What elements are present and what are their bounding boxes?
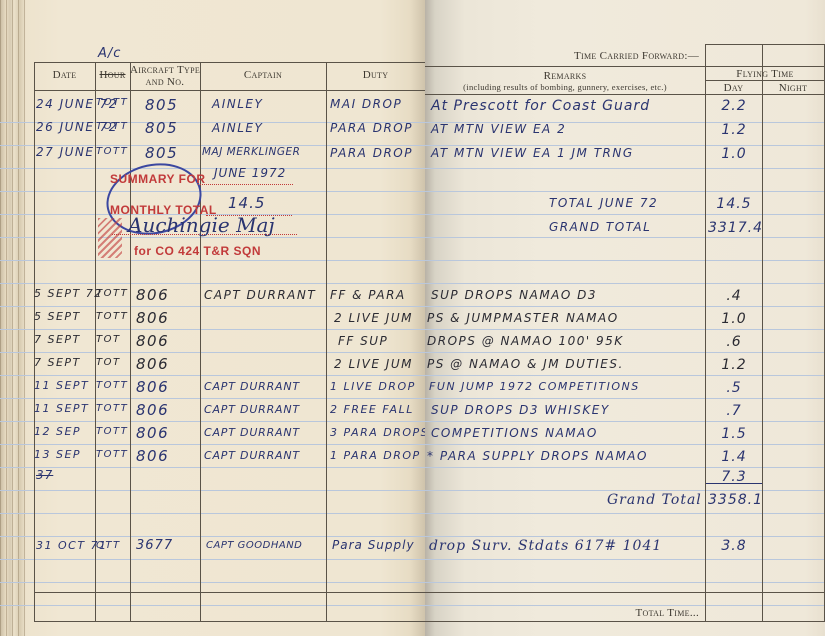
header-date: Date <box>34 69 95 81</box>
entry-duty: Para Supply <box>332 538 415 552</box>
footer-total-time: Total Time... <box>525 607 705 619</box>
entry-captain: AINLEY <box>212 121 263 135</box>
footer-rule-1 <box>34 592 425 593</box>
entry-remarks: At Prescott for Coast Guard <box>431 98 650 114</box>
entry-captain: CAPT DURRANT <box>204 380 300 393</box>
entry-date: 12 Sep <box>34 425 81 438</box>
col-line-3 <box>200 62 201 622</box>
entry-captain: CAPT DURRANT <box>204 403 300 416</box>
entry-day-time: .7 <box>706 403 762 419</box>
entry-captain: AINLEY <box>212 97 263 111</box>
stamp-monthly-value: 14.5 <box>228 194 265 212</box>
header-top-rule <box>425 66 825 67</box>
sept-subtotal: 7.3 <box>706 469 762 485</box>
footer-rule-2 <box>425 621 825 622</box>
entry-aircraft-no: 805 <box>145 119 178 137</box>
entry-date: 11 Sept <box>34 379 89 392</box>
stamp-unit: for CO 424 T&R SQN <box>134 244 261 258</box>
sept-marker: 37 <box>36 468 53 482</box>
entry-duty: 1 PARA DROP <box>330 449 421 462</box>
entry-ac: TOT <box>96 357 121 368</box>
entry-day-time: 3.8 <box>706 538 762 554</box>
entry-remarks: SUP DROPS D3 WHISKEY <box>431 403 610 417</box>
entry-remarks: AT MTN VIEW ea 2 <box>431 122 566 136</box>
total-june-label: TOTAL JUNE 72 <box>549 196 658 210</box>
entry-ac: TOTT <box>96 426 128 437</box>
header-top-rule <box>34 62 425 63</box>
entry-remarks: drop Surv. Stdats 617# 1041 <box>429 538 662 554</box>
entry-day-time: 1.0 <box>706 146 762 162</box>
entry-ac: TOTT <box>96 380 128 391</box>
entry-day-time: 1.2 <box>706 122 762 138</box>
entry-day-time: 2.2 <box>706 98 762 114</box>
entry-duty: 2 FREE FALL <box>330 403 414 416</box>
header-bottom-rule <box>425 94 825 95</box>
header-remarks-sub: (including results of bombing, gunnery, … <box>425 81 705 93</box>
entry-day-time: 1.5 <box>706 426 762 442</box>
entry-ac: TOTT <box>96 449 128 460</box>
entry-captain: CAPT GOODHAND <box>206 540 302 551</box>
logbook-right-page: Time Carried Forward:— Remarks (includin… <box>425 0 825 636</box>
entry-date: 11 Sept <box>34 402 89 415</box>
entry-date: 5 Sept 72 <box>34 287 103 300</box>
entry-duty: FF & PARA <box>330 288 406 302</box>
entry-duty: 1 LIVE DROP <box>330 380 416 393</box>
entry-remarks: DROPS @ NAMAO 100' 95K <box>427 334 624 348</box>
entry-ac: TOTT <box>96 311 128 322</box>
entry-remarks: FUN JUMP 1972 COMPETITIONS <box>429 380 640 393</box>
entry-captain: CAPT DURRANT <box>204 288 316 302</box>
header-ac-annotation: A/c <box>98 46 121 61</box>
grand-total-value-2: 3358.1 <box>708 492 763 508</box>
entry-ac: TOTT <box>96 403 128 414</box>
entry-remarks: COMPETITIONS NAMAO <box>431 426 598 440</box>
entry-captain: CAPT DURRANT <box>204 426 300 439</box>
header-duty: Duty <box>326 69 425 81</box>
footer-rule-2 <box>34 621 425 622</box>
entry-day-time: 1.2 <box>706 357 762 373</box>
header-aircraft: Aircraft Type and No. <box>130 64 200 88</box>
grand-total-value-1: 3317.4 <box>708 220 763 236</box>
grand-total-label-1: GRAND TOTAL <box>549 220 651 234</box>
header-flying-time: Flying Time <box>705 68 825 80</box>
ruled-lines <box>425 100 825 606</box>
entry-duty: 2 LIVE JUM <box>334 311 413 325</box>
entry-aircraft-no: 3677 <box>136 538 173 553</box>
carry-forward-top-rule <box>705 44 825 45</box>
footer-rule-1 <box>425 592 825 593</box>
total-june-value: 14.5 <box>706 196 762 212</box>
entry-duty: 2 LIVE JUM <box>334 357 413 371</box>
entry-duty: FF SUP <box>338 334 388 348</box>
stamp-summary-value: JUNE 1972 <box>214 166 286 180</box>
entry-ac: TOTT <box>96 121 128 132</box>
col-line-4 <box>326 62 327 622</box>
entry-day-time: .6 <box>706 334 762 350</box>
entry-date: 7 Sept <box>34 356 81 369</box>
col-line-2 <box>130 62 131 622</box>
entry-remarks: * PARA SUPPLY DROPS NAMAO <box>427 449 648 463</box>
entry-ac: TOTT <box>96 146 128 157</box>
header-bottom-rule <box>34 90 425 91</box>
entry-day-time: .5 <box>706 380 762 396</box>
entry-duty: MAI DROP <box>330 97 402 111</box>
header-night: Night <box>762 82 824 94</box>
entry-date: 7 Sept <box>34 333 81 346</box>
entry-duty: PARA DROP <box>330 146 413 160</box>
entry-date: 5 Sept <box>34 310 81 323</box>
header-day: Day <box>705 82 762 94</box>
entry-aircraft-no: 805 <box>145 96 178 114</box>
entry-aircraft-no: 806 <box>136 378 169 396</box>
entry-duty: 3 PARA DROPS <box>330 426 425 439</box>
entry-aircraft-no: 806 <box>136 286 169 304</box>
entry-aircraft-no: 805 <box>145 144 178 162</box>
stamp-summary-label: SUMMARY FOR <box>110 172 206 186</box>
entry-date: 13 Sep <box>34 448 81 461</box>
entry-ac: TOTT <box>96 97 128 108</box>
entry-captain: MAJ MERKLINGER <box>202 146 300 158</box>
entry-duty: PARA DROP <box>330 121 413 135</box>
flying-time-split-rule <box>705 80 825 81</box>
entry-day-time: 1.4 <box>706 449 762 465</box>
entry-aircraft-no: 806 <box>136 447 169 465</box>
entry-remarks: PS & JUMPMASTER NAMAO <box>427 311 619 325</box>
entry-aircraft-no: 806 <box>136 424 169 442</box>
entry-captain: CAPT DURRANT <box>204 449 300 462</box>
entry-day-time: 1.0 <box>706 311 762 327</box>
grand-total-label-2: Grand Total <box>607 492 702 508</box>
entry-date: 27 June <box>36 145 94 159</box>
entry-day-time: .4 <box>706 288 762 304</box>
entry-remarks: AT MTN VIEW ea 1 JM TRNG <box>431 146 634 160</box>
entry-aircraft-no: 806 <box>136 332 169 350</box>
header-hour-struck: Hour <box>95 69 130 81</box>
entry-remarks: PS @ NAMAO & JM DUTIES. <box>427 357 624 371</box>
entry-aircraft-no: 806 <box>136 401 169 419</box>
entry-aircraft-no: 806 <box>136 309 169 327</box>
entry-ac: OTT <box>96 540 121 551</box>
stamp-emblem <box>98 218 122 258</box>
entry-ac: TOTT <box>96 288 128 299</box>
entry-ac: TOT <box>96 334 121 345</box>
officer-signature: Auchingie Maj <box>128 213 275 237</box>
logbook-left-page: Date Hour A/c Aircraft Type and No. Capt… <box>0 0 425 636</box>
header-time-carried-forward: Time Carried Forward:— <box>525 50 705 62</box>
entry-remarks: SUP DROPS NAMAO D3 <box>431 288 597 302</box>
header-captain: Captain <box>200 69 326 81</box>
col-line-night <box>762 44 763 622</box>
entry-aircraft-no: 806 <box>136 355 169 373</box>
